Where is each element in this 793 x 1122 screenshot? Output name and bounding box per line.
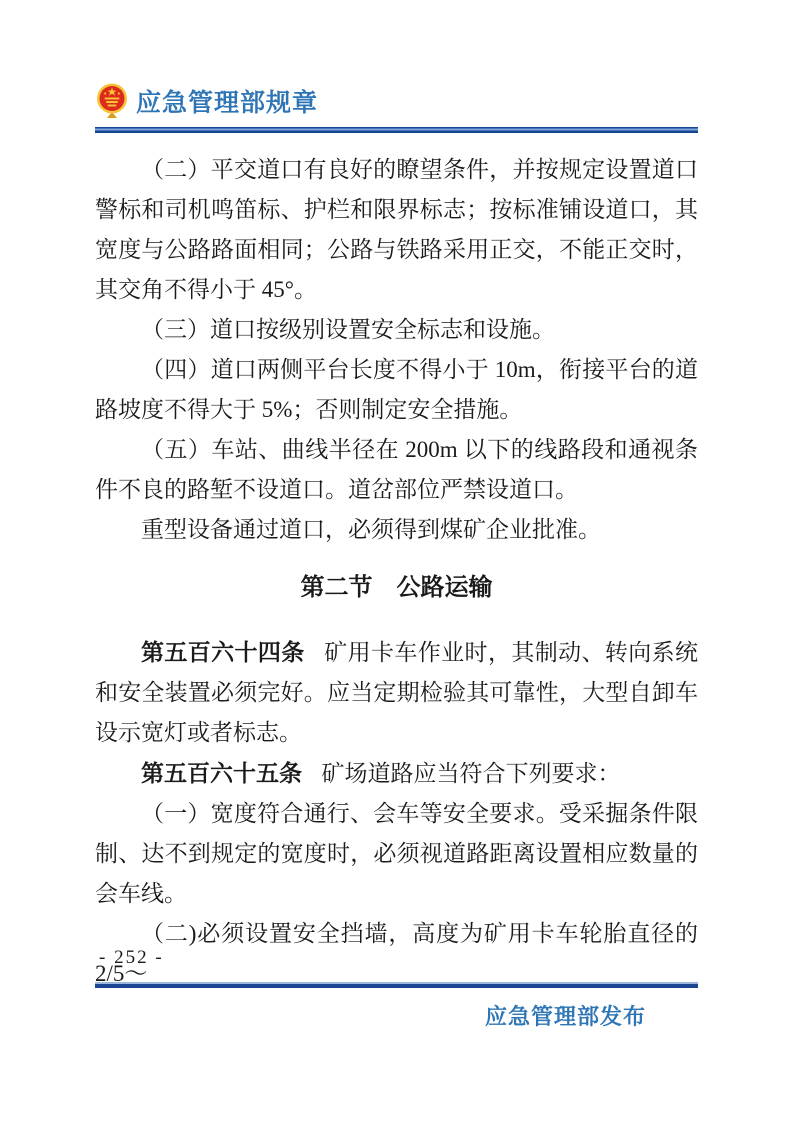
header-rule <box>95 127 698 133</box>
publisher-label: 应急管理部发布 <box>95 1000 698 1031</box>
article-564-number: 第五百六十四条 <box>141 639 305 665</box>
paragraph-item-2: （二）平交道口有良好的瞭望条件，并按规定设置道口警标和司机鸣笛标、护栏和限界标志… <box>95 150 698 310</box>
page-footer: - 252 - 应急管理部发布 <box>95 944 698 1031</box>
page-number: - 252 - <box>99 944 698 972</box>
article-565-text: 矿场道路应当符合下列要求： <box>322 761 621 786</box>
page-header: 应急管理部规章 <box>95 82 698 133</box>
article-565: 第五百六十五条矿场道路应当符合下列要求： <box>95 753 698 794</box>
paragraph-item-3: （三）道口按级别设置安全标志和设施。 <box>95 310 698 350</box>
document-body: （二）平交道口有良好的瞭望条件，并按规定设置道口警标和司机鸣笛标、护栏和限界标志… <box>95 150 698 994</box>
paragraph-item-4: （四）道口两侧平台长度不得小于 10m，衔接平台的道路坡度不得大于 5%；否则制… <box>95 350 698 430</box>
national-emblem-icon <box>95 82 129 120</box>
header-agency-label: 应急管理部规章 <box>136 83 318 119</box>
header-row: 应急管理部规章 <box>95 82 698 120</box>
article-564: 第五百六十四条矿用卡车作业时，其制动、转向系统和安全装置必须完好。应当定期检验其… <box>95 632 698 753</box>
section-heading: 第二节 公路运输 <box>95 571 698 605</box>
document-page: 应急管理部规章 （二）平交道口有良好的瞭望条件，并按规定设置道口警标和司机鸣笛标… <box>0 0 793 1122</box>
paragraph-heavy-equipment: 重型设备通过道口，必须得到煤矿企业批准。 <box>95 510 698 550</box>
paragraph-item-5: （五）车站、曲线半径在 200m 以下的线路段和通视条件不良的路堑不设道口。道岔… <box>95 430 698 510</box>
article-565-item-1: （一）宽度符合通行、会车等安全要求。受采掘条件限制、达不到规定的宽度时，必须视道… <box>95 794 698 914</box>
article-565-number: 第五百六十五条 <box>141 760 302 786</box>
footer-rule <box>95 982 698 988</box>
